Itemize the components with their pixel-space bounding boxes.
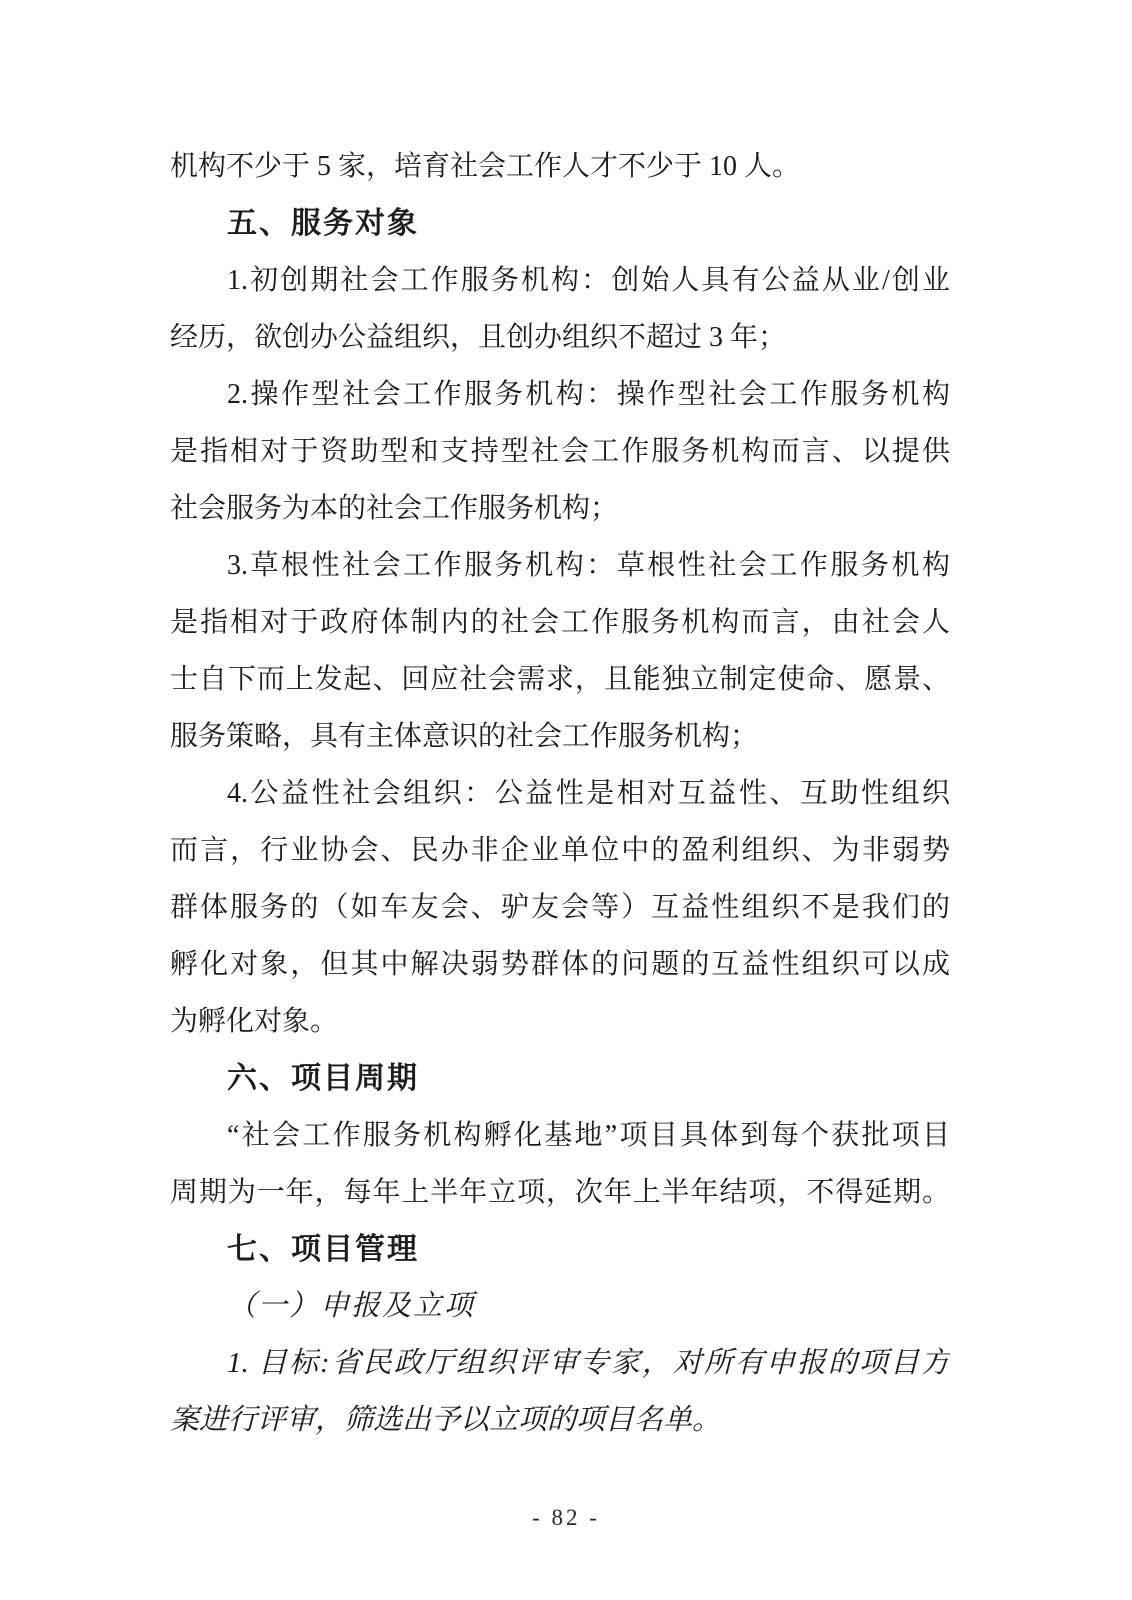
text-line: 群体服务的（如车友会、驴友会等）互益性组织不是我们的 <box>170 879 950 936</box>
text-line: 3.草根性社会工作服务机构：草根性社会工作服务机构 <box>170 537 950 594</box>
text-line: 1.初创期社会工作服务机构：创始人具有公益从业/创业 <box>170 252 950 309</box>
text-line: 机构不少于 5 家，培育社会工作人才不少于 10 人。 <box>170 138 950 195</box>
text-lines: 机构不少于 5 家，培育社会工作人才不少于 10 人。五、服务对象1.初创期社会… <box>170 138 950 1449</box>
text-line: 1. 目标:省民政厅组织评审专家，对所有申报的项目方 <box>170 1335 950 1392</box>
section-heading: 七、项目管理 <box>170 1221 950 1278</box>
text-line: 社会服务为本的社会工作服务机构； <box>170 480 950 537</box>
text-line: 案进行评审，筛选出予以立项的项目名单。 <box>170 1392 950 1449</box>
text-line: 为孵化对象。 <box>170 993 950 1050</box>
text-line: 是指相对于政府体制内的社会工作服务机构而言，由社会人 <box>170 594 950 651</box>
text-line: 周期为一年，每年上半年立项，次年上半年结项，不得延期。 <box>170 1164 950 1221</box>
document-page: 机构不少于 5 家，培育社会工作人才不少于 10 人。五、服务对象1.初创期社会… <box>0 0 1132 1600</box>
text-line: 经历，欲创办公益组织，且创办组织不超过 3 年； <box>170 309 950 366</box>
section-heading: （一）申报及立项 <box>170 1278 950 1335</box>
page-number: - 82 - <box>0 1505 1132 1531</box>
text-line: 服务策略，具有主体意识的社会工作服务机构； <box>170 708 950 765</box>
text-line: 士自下而上发起、回应社会需求，且能独立制定使命、愿景、 <box>170 651 950 708</box>
text-line: 4.公益性社会组织：公益性是相对互益性、互助性组织 <box>170 765 950 822</box>
text-line: 而言，行业协会、民办非企业单位中的盈利组织、为非弱势 <box>170 822 950 879</box>
text-line: 2.操作型社会工作服务机构：操作型社会工作服务机构 <box>170 366 950 423</box>
section-heading: 六、项目周期 <box>170 1050 950 1107</box>
text-line: 孵化对象，但其中解决弱势群体的问题的互益性组织可以成 <box>170 936 950 993</box>
section-heading: 五、服务对象 <box>170 195 950 252</box>
text-line: 是指相对于资助型和支持型社会工作服务机构而言、以提供 <box>170 423 950 480</box>
text-line: “社会工作服务机构孵化基地”项目具体到每个获批项目 <box>170 1107 950 1164</box>
